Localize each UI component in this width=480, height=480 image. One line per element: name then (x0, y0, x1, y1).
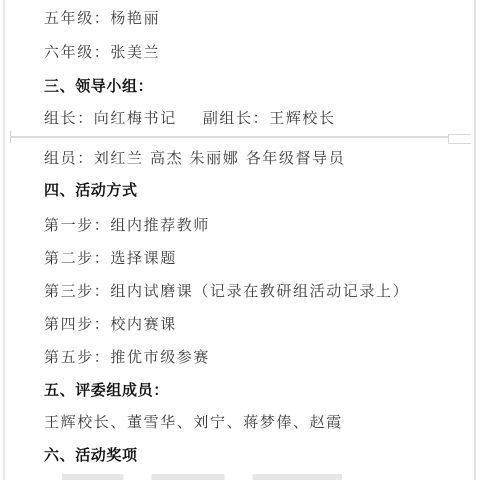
judges-line: 王辉校长、董雪华、刘宁、蒋梦俸、赵霞 (44, 412, 343, 432)
deputy-group-leader: 副组长：王辉校长 (203, 109, 336, 127)
grade5-line: 五年级：杨艳丽 (44, 8, 160, 28)
step-2-line: 第二步：选择课题 (44, 248, 177, 268)
section-5-heading: 五、评委组成员： (44, 380, 169, 400)
step-5-line: 第五步：推优市级参赛 (44, 347, 210, 367)
group-leader: 组长：向红梅书记 (44, 109, 177, 127)
document-page: 五年级：杨艳丽 六年级：张美兰 三、领导小组： 组长：向红梅书记副组长：王辉校长… (0, 0, 480, 480)
cut-off-text-row (62, 474, 342, 480)
leaders-line: 组长：向红梅书记副组长：王辉校长 (44, 108, 336, 128)
section-6-heading: 六、活动奖项 (44, 445, 138, 465)
step-3-line: 第三步：组内试磨课（记录在教研组活动记录上） (44, 281, 409, 301)
page-right-edge (474, 0, 476, 480)
grade6-line: 六年级：张美兰 (44, 42, 160, 62)
step-4-line: 第四步：校内赛课 (44, 314, 177, 334)
section-4-heading: 四、活动方式 (44, 180, 138, 200)
step-1-line: 第一步：组内推荐教师 (44, 215, 210, 235)
page-left-edge (3, 0, 5, 480)
page-break-handle (448, 134, 471, 144)
section-3-heading: 三、领导小组： (44, 76, 153, 96)
members-line: 组员：刘红兰 高杰 朱丽娜 各年级督导员 (44, 148, 345, 168)
page-break-line (10, 136, 448, 138)
